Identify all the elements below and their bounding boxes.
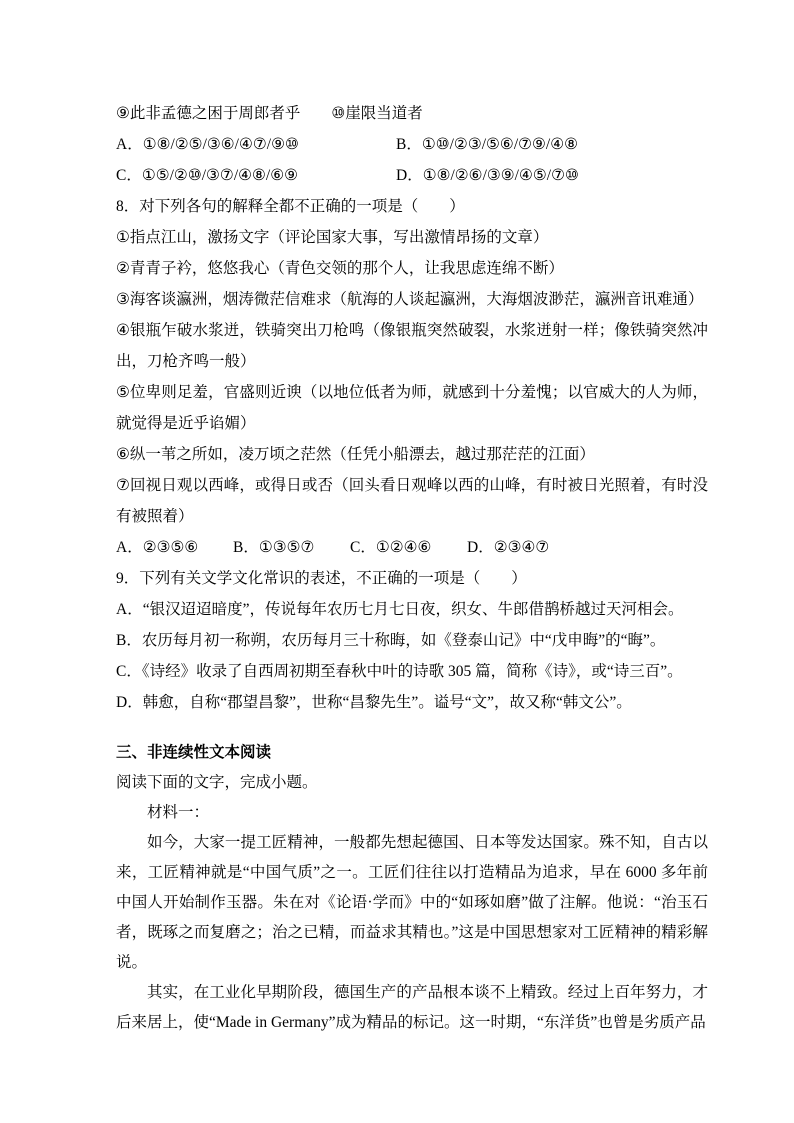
section-3-block: 三、非连续性文本阅读 阅读下面的文字，完成小题。 材料一： 如今，大家一提工匠精…: [116, 738, 708, 1038]
section-3-heading: 三、非连续性文本阅读: [116, 738, 708, 768]
q8-option-c: C．①②④⑥: [350, 532, 467, 563]
reading-instruction: 阅读下面的文字，完成小题。: [116, 768, 708, 798]
q8-item-6: ⑥纵一苇之所如，凌万顷之茫然（任凭小船漂去，越过那茫茫的江面）: [116, 439, 708, 470]
q7-option-a: A．①⑧/②⑤/③⑥/④⑦/⑨⑩: [116, 129, 396, 160]
q8-question: 8．对下列各句的解释全都不正确的一项是（ ）: [116, 191, 708, 222]
material-1-paragraph-1: 如今，大家一提工匠精神，一般都先想起德国、日本等发达国家。殊不知，自古以来，工匠…: [116, 828, 708, 978]
questions-block: ⑨此非孟德之困于周郎者乎 ⑩崖限当道者 A．①⑧/②⑤/③⑥/④⑦/⑨⑩B．①⑩…: [116, 98, 708, 718]
q7-options-row-2: C．①⑤/②⑩/③⑦/④⑧/⑥⑨D．①⑧/②⑥/③⑨/④⑤/⑦⑩: [116, 160, 708, 191]
q8-option-b: B．①③⑤⑦: [233, 532, 350, 563]
q7-stems-line: ⑨此非孟德之困于周郎者乎 ⑩崖限当道者: [116, 98, 708, 129]
q8-item-5: ⑤位卑则足羞，官盛则近谀（以地位低者为师，就感到十分羞愧；以官威大的人为师，就觉…: [116, 377, 708, 439]
q7-options-row-1: A．①⑧/②⑤/③⑥/④⑦/⑨⑩B．①⑩/②③/⑤⑥/⑦⑨/④⑧: [116, 129, 708, 160]
q8-item-7: ⑦回视日观以西峰，或得日或否（回头看日观峰以西的山峰，有时被日光照着，有时没有被…: [116, 470, 708, 532]
q7-option-c: C．①⑤/②⑩/③⑦/④⑧/⑥⑨: [116, 160, 396, 191]
q8-item-1: ①指点江山，激扬文字（评论国家大事，写出激情昂扬的文章）: [116, 222, 708, 253]
q7-option-d: D．①⑧/②⑥/③⑨/④⑤/⑦⑩: [396, 167, 579, 184]
q9-question: 9．下列有关文学文化常识的表述，不正确的一项是（ ）: [116, 563, 708, 594]
q9-option-d: D．韩愈，自称“郡望昌黎”，世称“昌黎先生”。谥号“文”，故又称“韩文公”。: [116, 687, 708, 718]
q8-item-2: ②青青子衿，悠悠我心（青色交领的那个人，让我思虑连绵不断）: [116, 253, 708, 284]
material-1-label: 材料一：: [116, 798, 708, 828]
q8-option-d: D．②③④⑦: [467, 539, 549, 556]
document-page: ⑨此非孟德之困于周郎者乎 ⑩崖限当道者 A．①⑧/②⑤/③⑥/④⑦/⑨⑩B．①⑩…: [0, 0, 794, 1123]
q8-options-row: A．②③⑤⑥B．①③⑤⑦C．①②④⑥D．②③④⑦: [116, 532, 708, 563]
q8-option-a: A．②③⑤⑥: [116, 532, 233, 563]
q7-option-b: B．①⑩/②③/⑤⑥/⑦⑨/④⑧: [396, 136, 578, 153]
material-1-paragraph-2: 其实，在工业化早期阶段，德国生产的产品根本谈不上精致。经过上百年努力，才后来居上…: [116, 978, 708, 1038]
q9-option-b: B．农历每月初一称朔，农历每月三十称晦，如《登泰山记》中“戊申晦”的“晦”。: [116, 625, 708, 656]
q9-option-c: C．《诗经》收录了自西周初期至春秋中叶的诗歌 305 篇，简称《诗》，或“诗三百…: [116, 656, 708, 687]
q8-item-3: ③海客谈瀛洲，烟涛微茫信难求（航海的人谈起瀛洲，大海烟波渺茫，瀛洲音讯难通）: [116, 284, 708, 315]
q8-item-4: ④银瓶乍破水浆迸，铁骑突出刀枪鸣（像银瓶突然破裂，水浆迸射一样；像铁骑突然冲出，…: [116, 315, 708, 377]
q9-option-a: A．“银汉迢迢暗度”，传说每年农历七月七日夜，织女、牛郎借鹊桥越过天河相会。: [116, 594, 708, 625]
